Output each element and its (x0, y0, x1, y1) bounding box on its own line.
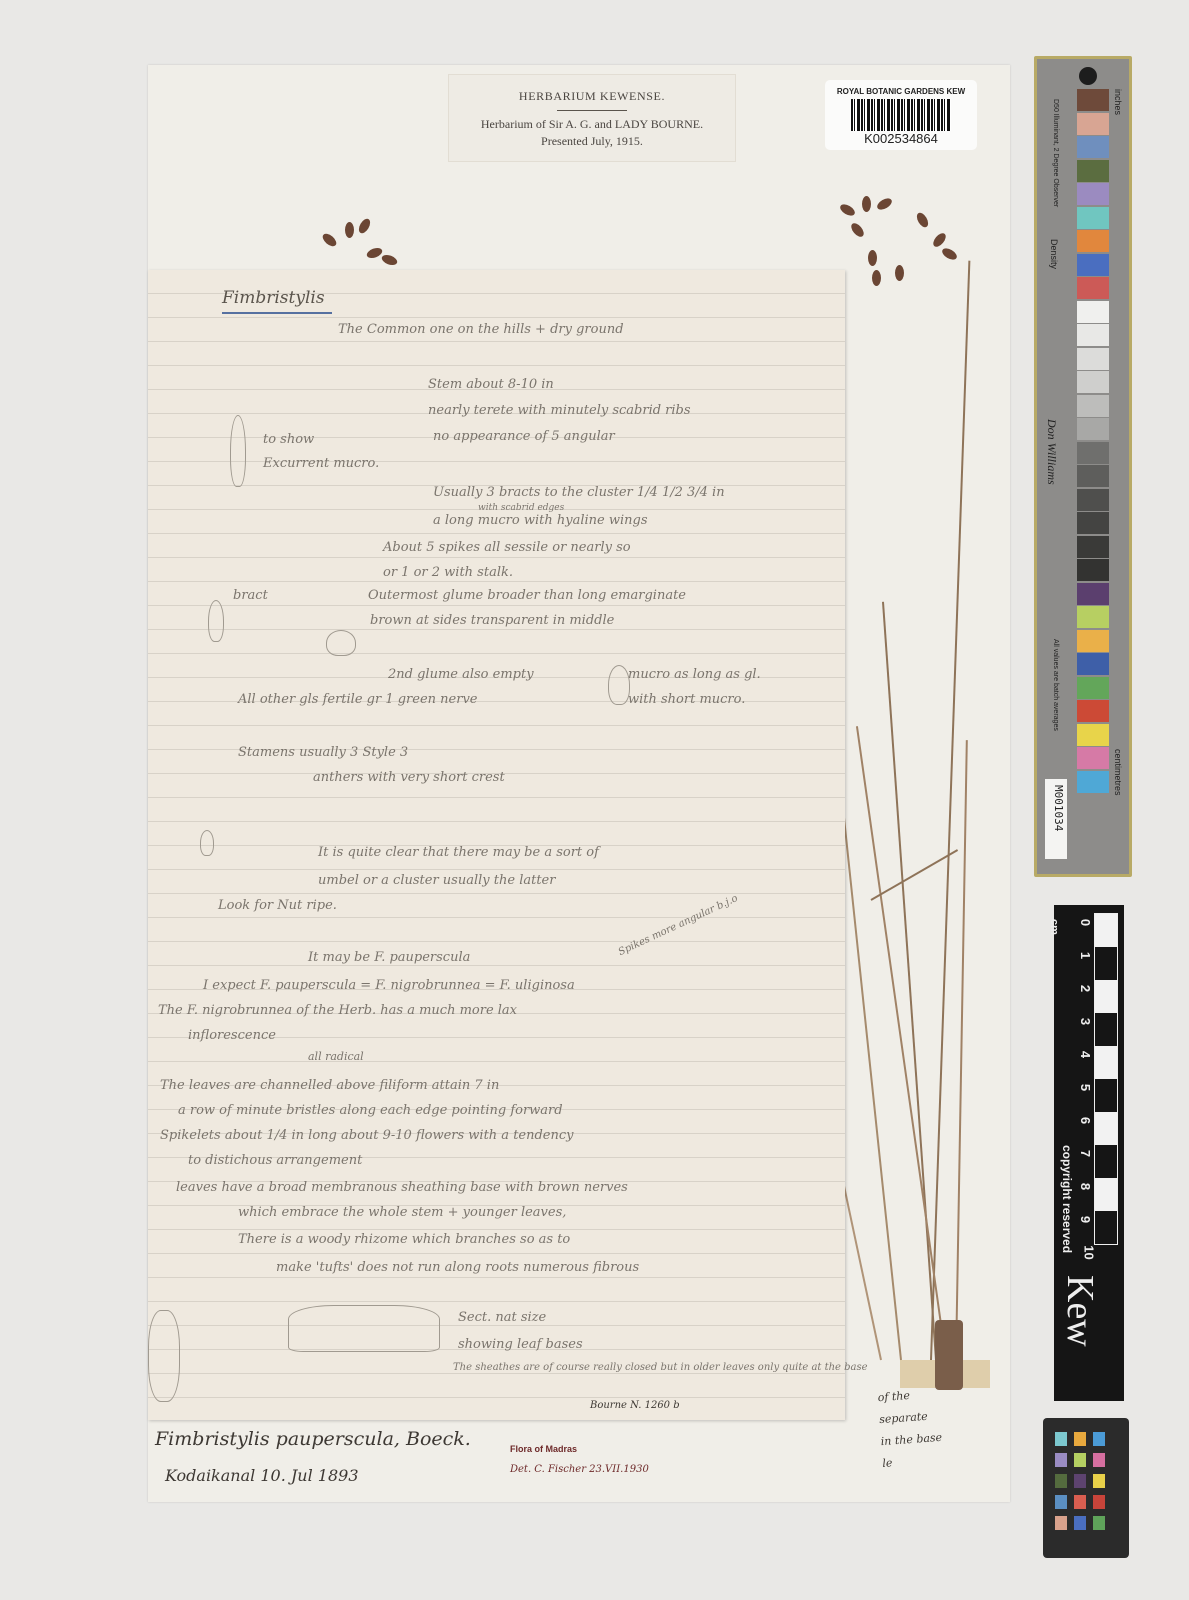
color-swatch (1077, 724, 1109, 746)
color-swatch (1077, 301, 1109, 323)
color-swatch (1077, 771, 1109, 793)
barcode-label: ROYAL BOTANIC GARDENS KEW K002534864 (825, 80, 977, 150)
color-chip (1093, 1474, 1105, 1488)
note-line: or 1 or 2 with stalk. (383, 565, 513, 580)
ruler-code-text: M001034 (1052, 785, 1065, 831)
note-line: which embrace the whole stem + younger l… (238, 1205, 566, 1220)
note-line: with short mucro. (628, 692, 745, 707)
note-line: The F. nigrobrunnea of the Herb. has a m… (158, 1003, 517, 1018)
color-swatch (1077, 254, 1109, 276)
determination: Det. C. Fischer 23.VII.1930 (510, 1464, 649, 1475)
title-underline (222, 312, 332, 314)
color-swatch (1077, 160, 1109, 182)
color-checker-card (1043, 1418, 1129, 1558)
kew-logo: Kew (1058, 1275, 1102, 1347)
collector-number: Bourne N. 1260 b (590, 1400, 680, 1411)
barcode-icon (851, 99, 951, 131)
herbarium-name: HERBARIUM KEWENSE. (449, 89, 735, 104)
note-line: inflorescence (188, 1028, 276, 1043)
note-line: to distichous arrangement (188, 1153, 362, 1168)
note-line: showing leaf bases (458, 1337, 583, 1352)
centimetres-label: centimetres (1113, 749, 1123, 796)
color-chip (1074, 1432, 1086, 1446)
color-swatch (1077, 489, 1109, 511)
color-swatch (1077, 465, 1109, 487)
copyright-text: copyright reserved (1060, 1145, 1074, 1253)
note-line: Spikes more angular b.j.o (617, 893, 740, 958)
note-line: with scabrid edges (478, 503, 564, 513)
note-line: leaves have a broad membranous sheathing… (176, 1180, 628, 1195)
color-swatch (1077, 277, 1109, 299)
note-line: The Common one on the hills + dry ground (338, 322, 624, 337)
color-chip (1055, 1432, 1067, 1446)
color-chip (1074, 1516, 1086, 1530)
color-swatch (1077, 324, 1109, 346)
note-line: All other gls fertile gr 1 green nerve (238, 692, 477, 707)
note-line: all radical (308, 1050, 364, 1063)
note-line: anthers with very short crest (313, 770, 505, 785)
note-line: a long mucro with hyaline wings (433, 513, 648, 528)
density-label: Density (1049, 239, 1059, 269)
brand-label: Don Williams (1044, 419, 1059, 485)
scale-tick-label: 2 (1078, 985, 1093, 992)
note-line: It may be F. pauperscula (308, 950, 470, 965)
note-line: It is quite clear that there may be a so… (318, 845, 599, 860)
color-swatch (1077, 536, 1109, 558)
glume-sketch (230, 415, 246, 487)
nut-sketch (200, 830, 214, 856)
note-line: brown at sides transparent in middle (370, 613, 614, 628)
herbarium-header-label: HERBARIUM KEWENSE. Herbarium of Sir A. G… (448, 74, 736, 162)
inches-label: inches (1113, 89, 1123, 115)
collection-owner: Herbarium of Sir A. G. and LADY BOURNE. (449, 117, 735, 132)
stem-sketch (148, 1310, 180, 1402)
color-chip (1074, 1495, 1086, 1509)
color-swatch (1077, 653, 1109, 675)
scale-tick-label: 0 (1078, 919, 1093, 926)
note-line: The leaves are channelled above filiform… (160, 1078, 499, 1093)
note-line: mucro as long as gl. (628, 667, 761, 682)
color-chip (1074, 1474, 1086, 1488)
color-chip (1055, 1453, 1067, 1467)
note-line: Stem about 8-10 in (428, 377, 554, 392)
scale-bar (1094, 913, 1118, 1245)
glume-sketch (326, 630, 356, 656)
color-swatch (1077, 89, 1109, 111)
note-line: no appearance of 5 angular (433, 429, 615, 444)
flora-stamp: Flora of Madras (510, 1444, 577, 1454)
color-swatch (1077, 348, 1109, 370)
scale-tick-label: 6 (1078, 1117, 1093, 1124)
color-swatch (1077, 630, 1109, 652)
ruler-code: M001034 (1045, 779, 1067, 859)
fragment-line: le (882, 1449, 945, 1475)
note-line: umbel or a cluster usually the latter (318, 873, 555, 888)
note-line: I expect F. pauperscula = F. nigrobrunne… (203, 978, 575, 993)
scale-tick-label: 1 (1078, 952, 1093, 959)
scale-tick-label: 8 (1078, 1183, 1093, 1190)
color-swatch (1077, 559, 1109, 581)
scale-tick-label: 4 (1078, 1051, 1093, 1058)
color-chip (1055, 1516, 1067, 1530)
scale-tick-label: 10 (1082, 1245, 1097, 1259)
color-swatch (1077, 512, 1109, 534)
note-line: Stamens usually 3 Style 3 (238, 745, 408, 760)
color-swatch (1077, 230, 1109, 252)
note-line: make 'tufts' does not run along roots nu… (276, 1260, 639, 1275)
color-swatch (1077, 136, 1109, 158)
color-chip (1055, 1495, 1067, 1509)
barcode-number: K002534864 (825, 131, 977, 146)
note-line: Usually 3 bracts to the cluster 1/4 1/2 … (433, 485, 725, 500)
color-chip (1093, 1432, 1105, 1446)
color-swatch (1077, 583, 1109, 605)
note-line: There is a woody rhizome which branches … (238, 1232, 570, 1247)
note-line: Sect. nat size (458, 1310, 546, 1325)
note-line: Look for Nut ripe. (218, 898, 337, 913)
fragment-note: of the separate in the base le (877, 1383, 944, 1475)
leaf-base-sketch (288, 1305, 440, 1352)
color-swatch (1077, 677, 1109, 699)
bract-sketch (208, 600, 224, 642)
barcode-organization: ROYAL BOTANIC GARDENS KEW (825, 87, 977, 96)
taxon-name: Fimbristylis pauperscula, Boeck. (155, 1428, 471, 1450)
color-swatch (1077, 113, 1109, 135)
color-chip (1093, 1516, 1105, 1530)
notes-title: Fimbristylis (222, 288, 325, 308)
color-swatch (1077, 747, 1109, 769)
rhizome (935, 1320, 963, 1390)
color-swatch (1077, 395, 1109, 417)
color-swatch (1077, 606, 1109, 628)
registration-dot-icon (1079, 67, 1097, 85)
scale-tick-label: 7 (1078, 1150, 1093, 1157)
note-line: The sheathes are of course really closed… (453, 1362, 868, 1373)
note-line: Excurrent mucro. (263, 456, 379, 471)
color-swatch (1077, 442, 1109, 464)
color-swatch (1077, 183, 1109, 205)
note-line: to show (263, 432, 314, 447)
color-swatch (1077, 418, 1109, 440)
scale-tick-label: 5 (1078, 1084, 1093, 1091)
note-line: About 5 spikes all sessile or nearly so (383, 540, 631, 555)
color-swatch (1077, 700, 1109, 722)
note-line: Outermost glume broader than long emargi… (368, 588, 686, 603)
note-line: Spikelets about 1/4 in long about 9-10 f… (160, 1128, 574, 1143)
color-chip (1055, 1474, 1067, 1488)
scale-tick-label: 3 (1078, 1018, 1093, 1025)
color-swatch (1077, 207, 1109, 229)
divider (557, 110, 627, 111)
note-line: bract (233, 588, 268, 603)
note-line: a row of minute bristles along each edge… (178, 1103, 563, 1118)
scale-tick-label: 9 (1078, 1216, 1093, 1223)
cm-scale-ruler: cm 012345678910 copyright reserved Kew (1054, 905, 1124, 1401)
handwritten-notes-sheet: Fimbristylis The Common one on the hills… (148, 270, 845, 1420)
unit-label: cm (1048, 919, 1060, 935)
note-line: nearly terete with minutely scabrid ribs (428, 403, 691, 418)
color-chip (1074, 1453, 1086, 1467)
fragment-line: in the base (880, 1427, 943, 1453)
color-chip (1093, 1495, 1105, 1509)
locality-date: Kodaikanal 10. Jul 1893 (165, 1466, 359, 1485)
presentation-date: Presented July, 1915. (449, 134, 735, 149)
collection-label: Bourne N. 1260 b Fimbristylis pauperscul… (135, 1410, 995, 1495)
illuminant-note: D50 Illuminant, 2 Degree Observer (1052, 99, 1059, 207)
footer-note: All values are batch averages (1052, 639, 1059, 731)
color-swatch (1077, 371, 1109, 393)
note-line: 2nd glume also empty (388, 667, 534, 682)
color-chip (1093, 1453, 1105, 1467)
mucro-sketch (608, 665, 630, 705)
color-calibration-ruler: inches D50 Illuminant, 2 Degree Observer… (1034, 56, 1132, 877)
